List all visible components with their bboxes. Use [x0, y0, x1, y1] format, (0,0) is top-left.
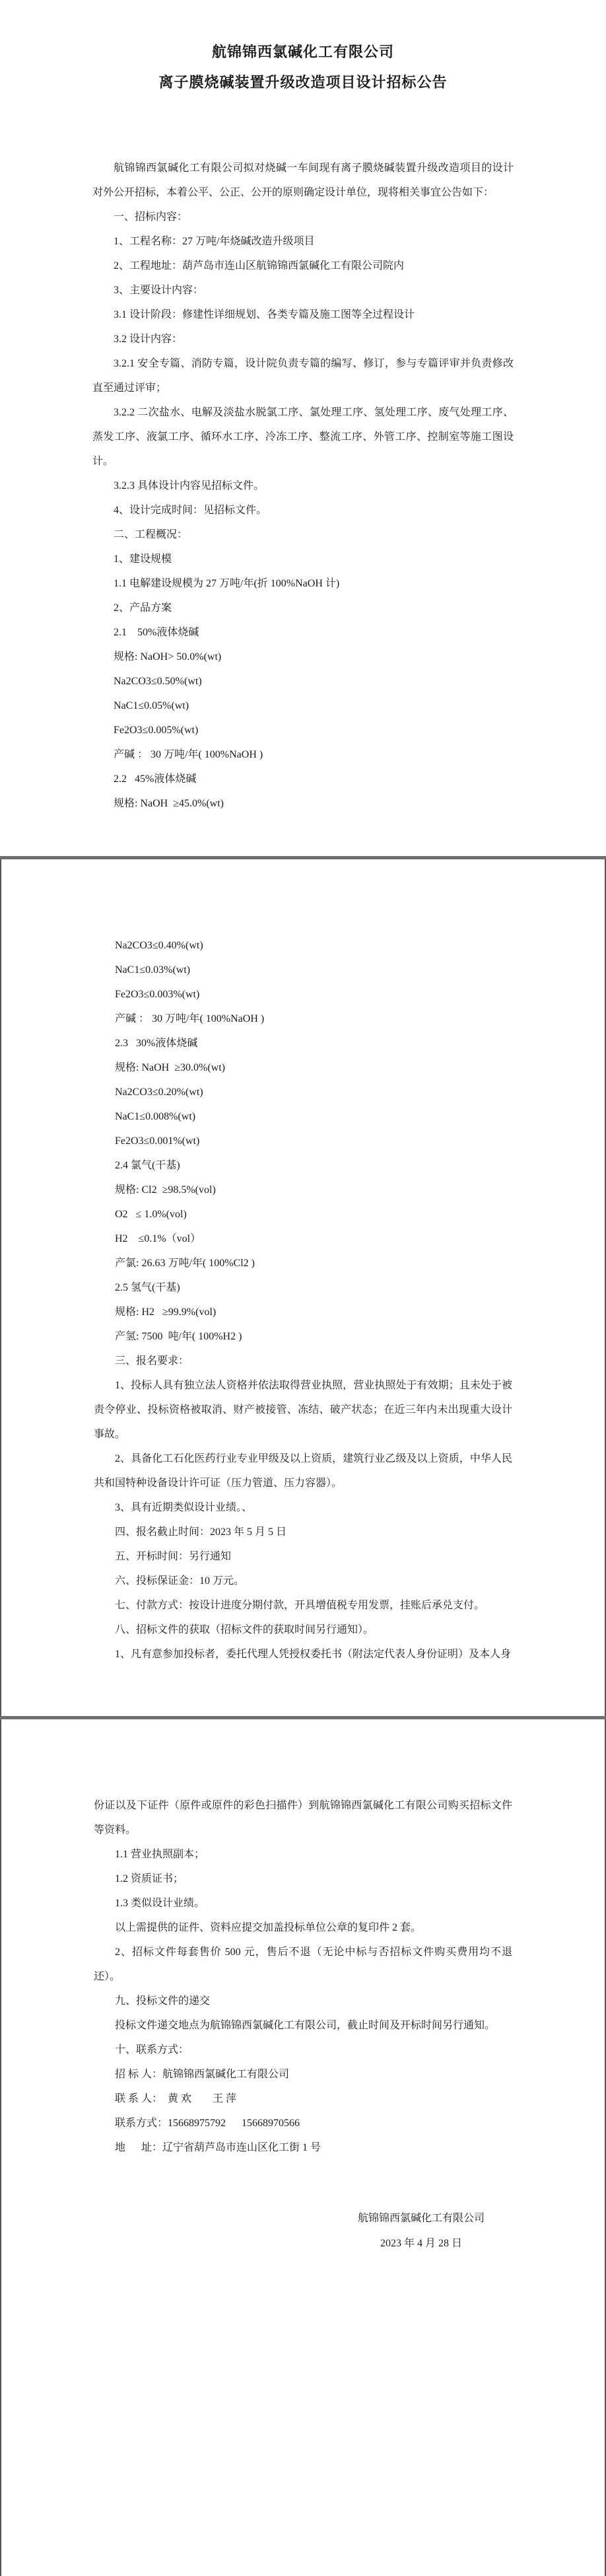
paragraph: 产氢: 7500 吨/年( 100%H2 ): [94, 1324, 512, 1349]
page-3-body: 份证以及下证件（原件或原件的彩色扫描件）到航锦锦西氯碱化工有限公司购买招标文件等…: [94, 1793, 512, 2160]
signature-company: 航锦锦西氯碱化工有限公司: [358, 2206, 485, 2231]
paragraph: 1、凡有意参加投标者，委托代理人凭授权委托书（附法定代表人身份证明）及本人身: [94, 1642, 512, 1666]
paragraph: Na2CO3≤0.40%(wt): [94, 933, 512, 958]
paragraph: 七、付款方式：按设计进度分期付款，开具增值税专用发票，挂账后承兑支付。: [94, 1593, 512, 1618]
paragraph: 2.3 30%液体烧碱: [94, 1031, 512, 1055]
paragraph: 份证以及下证件（原件或原件的彩色扫描件）到航锦锦西氯碱化工有限公司购买招标文件等…: [94, 1793, 512, 1842]
page-1-body: 航锦锦西氯碱化工有限公司拟对烧碱一车间现有离子膜烧碱装置升级改造项目的设计对外公…: [92, 156, 514, 816]
paragraph: 4、设计完成时间：见招标文件。: [92, 498, 514, 522]
paragraph: 规格: H2 ≥99.9%(vol): [94, 1300, 512, 1324]
paragraph: 十、联系方式：: [94, 2038, 512, 2062]
paragraph: 规格: Cl2 ≥98.5%(vol): [94, 1178, 512, 1202]
document-title: 航锦锦西氯碱化工有限公司 离子膜烧碱装置升级改造项目设计招标公告: [92, 37, 514, 98]
paragraph: 六、投标保证金：10 万元。: [94, 1569, 512, 1593]
paragraph: 规格: NaOH ≥30.0%(wt): [94, 1055, 512, 1080]
paragraph: 产碱 ： 30 万吨/年( 100%NaOH ): [92, 742, 514, 767]
paragraph: 3、具有近期类似设计业绩。、: [94, 1495, 512, 1520]
paragraph: 2、产品方案: [92, 596, 514, 620]
paragraph: NaC1≤0.05%(wt): [92, 694, 514, 718]
paragraph: 1.3 类似设计业绩。: [94, 1891, 512, 1915]
paragraph: 3.2.3 具体设计内容见招标文件。: [92, 474, 514, 498]
paragraph: 产氯: 26.63 万吨/年( 100%Cl2 ): [94, 1251, 512, 1275]
paragraph: 规格: NaOH> 50.0%(wt): [92, 645, 514, 669]
paragraph: 投标文件递交地点为航锦锦西氯碱化工有限公司，截止时间及开标时间另行通知。: [94, 2013, 512, 2038]
paragraph: 地 址：辽宁省葫芦岛市连山区化工街 1 号: [94, 2135, 512, 2160]
paragraph: 2.2 45%液体烧碱: [92, 767, 514, 791]
paragraph: 八、招标文件的获取（招标文件的获取时间另行通知）。: [94, 1618, 512, 1642]
paragraph: Na2CO3≤0.50%(wt): [92, 669, 514, 694]
paragraph: 3、主要设计内容：: [92, 278, 514, 303]
paragraph: 1.2 资质证书；: [94, 1867, 512, 1891]
paragraph: 2.5 氢气(干基): [94, 1275, 512, 1300]
doc-title-line-2: 离子膜烧碱装置升级改造项目设计招标公告: [92, 67, 514, 98]
paragraph: 联系方式：15668975792 15668970566: [94, 2111, 512, 2135]
paragraph: Na2CO3≤0.20%(wt): [94, 1080, 512, 1104]
paragraph: 1、工程名称：27 万吨/年烧碱改造升级项目: [92, 229, 514, 254]
signature-date: 2023 年 4 月 28 日: [358, 2231, 485, 2256]
paragraph: 2、具备化工石化医药行业专业甲级及以上资质，建筑行业乙级及以上资质，中华人民共和…: [94, 1447, 512, 1495]
paragraph: 二、工程概况：: [92, 522, 514, 547]
paragraph: 产碱 ： 30 万吨/年( 100%NaOH ): [94, 1007, 512, 1031]
paragraph: 1.1 营业执照副本；: [94, 1842, 512, 1867]
paragraph: 2、招标文件每套售价 500 元，售后不退（无论中标与否招标文件购买费用均不退还…: [94, 1940, 512, 1989]
page-2-body: Na2CO3≤0.40%(wt)NaC1≤0.03%(wt)Fe2O3≤0.00…: [94, 933, 512, 1666]
paragraph: 1、建设规模: [92, 547, 514, 571]
paragraph: Fe2O3≤0.001%(wt): [94, 1129, 512, 1153]
paragraph: 规格: NaOH ≥45.0%(wt): [92, 791, 514, 816]
paragraph: 五、开标时间：另行通知: [94, 1544, 512, 1569]
paragraph: H2 ≤0.1%（vol）: [94, 1227, 512, 1251]
page-2: Na2CO3≤0.40%(wt)NaC1≤0.03%(wt)Fe2O3≤0.00…: [0, 859, 606, 1716]
page-1: 航锦锦西氯碱化工有限公司 离子膜烧碱装置升级改造项目设计招标公告 航锦锦西氯碱化…: [0, 0, 606, 856]
paragraph: 一、招标内容：: [92, 205, 514, 229]
paragraph: 三、报名要求：: [94, 1349, 512, 1373]
doc-title-line-1: 航锦锦西氯碱化工有限公司: [92, 37, 514, 67]
paragraph: 招 标 人：航锦锦西氯碱化工有限公司: [94, 2062, 512, 2087]
paragraph: Fe2O3≤0.003%(wt): [94, 982, 512, 1007]
paragraph: 3.2.2 二次盐水、电解及淡盐水脱氯工序、氯处理工序、氢处理工序、废气处理工序…: [92, 400, 514, 474]
paragraph: 航锦锦西氯碱化工有限公司拟对烧碱一车间现有离子膜烧碱装置升级改造项目的设计对外公…: [92, 156, 514, 205]
paragraph: 以上需提供的证件、资料应提交加盖投标单位公章的复印件 2 套。: [94, 1915, 512, 1940]
paragraph: 四、报名截止时间：2023 年 5 月 5 日: [94, 1520, 512, 1544]
paragraph: 3.2.1 安全专篇、消防专篇，设计院负责专篇的编写、修订，参与专篇评审并负责修…: [92, 351, 514, 400]
paragraph: 1.1 电解建设规模为 27 万吨/年(折 100%NaOH 计): [92, 571, 514, 596]
paragraph: 联 系 人： 黄 欢 王 萍: [94, 2087, 512, 2111]
paragraph: Fe2O3≤0.005%(wt): [92, 718, 514, 742]
paragraph: 1、投标人具有独立法人资格并依法取得营业执照，营业执照处于有效期；且未处于被责令…: [94, 1373, 512, 1447]
document-viewer: 航锦锦西氯碱化工有限公司 离子膜烧碱装置升级改造项目设计招标公告 航锦锦西氯碱化…: [0, 0, 606, 2576]
page-3: 份证以及下证件（原件或原件的彩色扫描件）到航锦锦西氯碱化工有限公司购买招标文件等…: [0, 1719, 606, 2576]
paragraph: 3.1 设计阶段：修建性详细规划、各类专篇及施工图等全过程设计: [92, 303, 514, 327]
signature-block: 航锦锦西氯碱化工有限公司 2023 年 4 月 28 日: [358, 2206, 485, 2256]
paragraph: 2.4 氯气(干基): [94, 1153, 512, 1178]
paragraph: 2.1 50%液体烧碱: [92, 620, 514, 645]
paragraph: O2 ≤ 1.0%(vol): [94, 1202, 512, 1227]
paragraph: 2、工程地址：葫芦岛市连山区航锦锦西氯碱化工有限公司院内: [92, 254, 514, 278]
paragraph: NaC1≤0.03%(wt): [94, 958, 512, 982]
paragraph: 九、投标文件的递交: [94, 1989, 512, 2013]
paragraph: 3.2 设计内容：: [92, 327, 514, 351]
paragraph: NaC1≤0.008%(wt): [94, 1104, 512, 1129]
